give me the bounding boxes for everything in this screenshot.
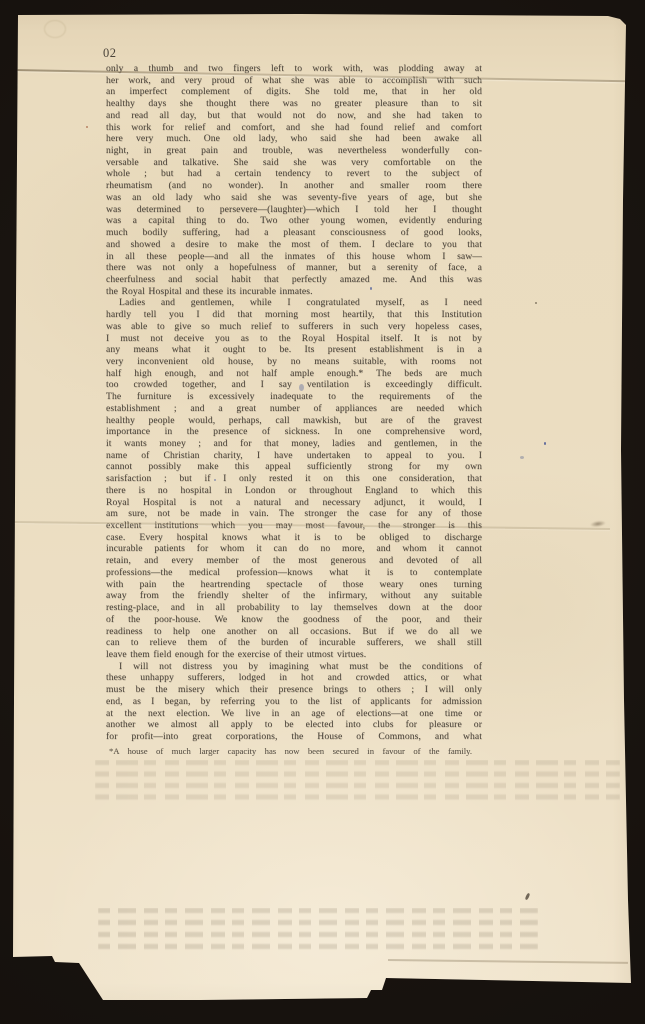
text-line: end, as I began, by referring you to the… (106, 696, 482, 708)
fold-crease-bottom (388, 959, 628, 963)
text-line: at the next election. We live in an age … (106, 708, 482, 720)
text-line: too crowded together, and I say ventilat… (106, 379, 482, 391)
text-line: away from the friendly shelter of the in… (106, 590, 482, 602)
text-line: another we almost all apply to be electe… (106, 719, 482, 731)
text-line: and read all day, but that would not do … (106, 110, 482, 122)
text-line: professions—the medical profession—knows… (106, 567, 482, 579)
text-line: the Royal Hospital and these its incurab… (106, 286, 482, 298)
text-line: here very much. One old lady, who said s… (106, 133, 482, 145)
text-line: was a capital thing to do. Two other you… (106, 215, 482, 227)
text-line: versable and talkative. She said she was… (106, 157, 482, 169)
text-line: must be the misery which their presence … (106, 684, 482, 696)
text-line: there was not only a hopefulness of mann… (106, 262, 482, 274)
text-line: half high enough, and not half ample eno… (106, 368, 482, 380)
text-line: only a thumb and two fingers left to wor… (106, 63, 482, 75)
text-line: whole ; but had a certain tendency to re… (106, 168, 482, 180)
text-line: leave them field enough for the exercise… (106, 649, 482, 661)
page-number: 02 (103, 46, 117, 61)
text-line: there is no hospital in London or throug… (106, 485, 482, 497)
text-line: case. Every hospital knows what it is to… (106, 532, 482, 544)
stain-speck (86, 126, 88, 128)
paragraph: I will not distress you by imagining wha… (106, 661, 482, 743)
text-line: was able to give so much relief to suffe… (106, 321, 482, 333)
text-line: was determined to persevere—(laughter)—w… (106, 204, 482, 216)
text-line: and showed a desire to make the most of … (106, 239, 482, 251)
text-line: sarisfaction ; but if I only rested it o… (106, 473, 482, 485)
text-line: name of Christian charity, I have undert… (106, 450, 482, 462)
stain-speck (544, 442, 546, 445)
text-line: retain, and every member of the most gen… (106, 555, 482, 567)
text-line: importance in the presence of sickness. … (106, 426, 482, 438)
text-line: am sure, not be made in vain. The strong… (106, 508, 482, 520)
stain-speck (520, 456, 524, 459)
text-line: of the poor-house. We know the goodness … (106, 614, 482, 626)
text-line: The furniture is excessively inadequate … (106, 391, 482, 403)
stain-speck (98, 1010, 101, 1013)
text-line: any means what it ought to be. Its prese… (106, 344, 482, 356)
text-line: readiness to help one another on all occ… (106, 626, 482, 638)
text-line: Royal Hospital is not a natural and nece… (106, 497, 482, 509)
text-line: healthy people would, perhaps, call mawk… (106, 415, 482, 427)
text-line: this work for relief and comfort, and sh… (106, 122, 482, 134)
text-line: incurable patients for whom it can do no… (106, 543, 482, 555)
text-line: I must not deceive you as to the Royal H… (106, 333, 482, 345)
text-line: night, in great pain and trouble, was ne… (106, 145, 482, 157)
text-line: with pain the heartrending spectacle of … (106, 579, 482, 591)
text-line: it wants money ; and for that money, lad… (106, 438, 482, 450)
text-line: resting-place, and in all probability to… (106, 602, 482, 614)
text-line: healthy days she thought there was no gr… (106, 98, 482, 110)
text-line: in all these people—and all the inmates … (106, 251, 482, 263)
text-line: establishment ; and a great number of ap… (106, 403, 482, 415)
crease-smudge-stain (590, 520, 607, 528)
text-line: these unhappy sufferers, lodged in hot a… (106, 672, 482, 684)
body-text: only a thumb and two fingers left to wor… (106, 63, 482, 743)
text-line: can to relieve them of the burden of inc… (106, 637, 482, 649)
document-page: 02 only a thumb and two fingers left to … (0, 0, 645, 1024)
text-line: was an old lady who said she was seventy… (106, 192, 482, 204)
ink-bleedthrough-lower (98, 908, 538, 956)
text-line: very inconvenient old house, by no means… (106, 356, 482, 368)
text-line: for profit—into great corporations, the … (106, 731, 482, 743)
paragraph: only a thumb and two fingers left to wor… (106, 63, 482, 297)
footnote: *A house of much larger capacity has now… (109, 746, 472, 756)
paragraph: Ladies and gentlemen, while I congratula… (106, 297, 482, 660)
text-line: I will not distress you by imagining wha… (106, 661, 482, 673)
photo-background: 02 only a thumb and two fingers left to … (0, 0, 645, 1024)
text-line: rheumatism (and no wonder). In another a… (106, 180, 482, 192)
stain-speck (535, 302, 537, 304)
text-line: an imperfect complement of digits. She t… (106, 86, 482, 98)
text-line: Ladies and gentlemen, while I congratula… (106, 297, 482, 309)
text-line: cannot possibly make this appeal suffici… (106, 461, 482, 473)
ink-bleedthrough-upper (95, 760, 620, 804)
text-line: her work, and very proud of what she was… (106, 75, 482, 87)
text-line: hardly tell you I did that morning most … (106, 309, 482, 321)
text-line: much bodily suffering, had a pleasant co… (106, 227, 482, 239)
ring-stain (44, 20, 66, 38)
text-line: excellent institutions which you may mos… (106, 520, 482, 532)
text-line: cheerfulness and social habit that perfe… (106, 274, 482, 286)
stain-speck (525, 893, 531, 901)
